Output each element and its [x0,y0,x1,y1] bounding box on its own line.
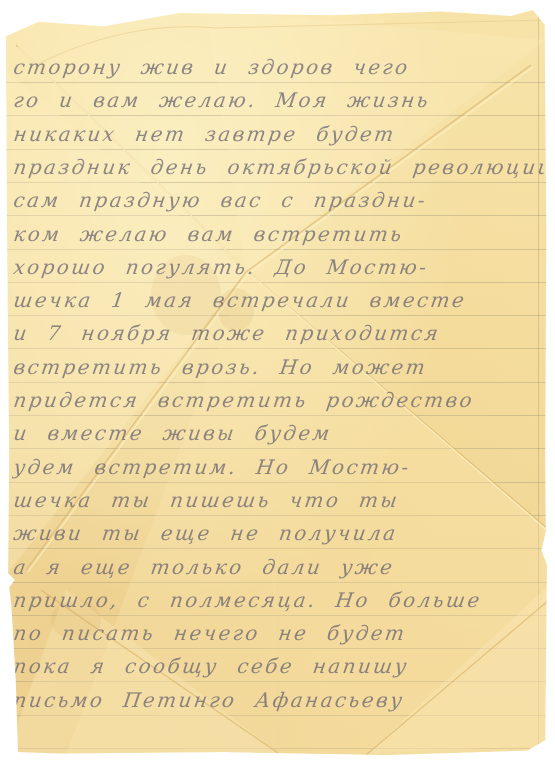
handwritten-line: шечка 1 мая встречали вместе [12,288,546,312]
handwritten-line: хорошо погулять. До Мостю- [12,255,546,279]
handwritten-line: никаких нет завтре будет [12,122,546,146]
handwritten-line: праздник день октябрьской революции [12,155,546,179]
handwritten-line: сторону жив и здоров чего [12,55,546,79]
letter-text: сторону жив и здоров чегого и вам желаю.… [6,10,549,755]
handwritten-line: по писать нечего не будет [12,621,546,645]
handwritten-line: ком желаю вам встретить [12,222,546,246]
handwritten-line: встретить врозь. Но может [12,355,546,379]
handwritten-line: пока я сообщу себе напишу [12,654,546,678]
handwritten-line: живи ты еще не получила [12,521,546,545]
handwritten-line: пришло, с полмесяца. Но больше [12,588,546,612]
handwritten-line: сам праздную вас с праздни- [12,188,546,212]
handwritten-line: удем встретим. Но Мостю- [12,455,546,479]
handwritten-line: го и вам желаю. Моя жизнь [12,88,546,112]
handwritten-line: а я еще только дали уже [12,555,546,579]
handwritten-line: и 7 ноября тоже приходится [12,321,546,345]
handwritten-line: письмо Петинго Афанасьеву [12,688,546,712]
handwritten-line: и вместе живы будем [12,421,546,445]
letter-page: сторону жив и здоров чегого и вам желаю.… [6,10,549,755]
handwritten-line: придется встретить рождество [12,388,546,412]
handwritten-line: шечка ты пишешь что ты [12,488,546,512]
